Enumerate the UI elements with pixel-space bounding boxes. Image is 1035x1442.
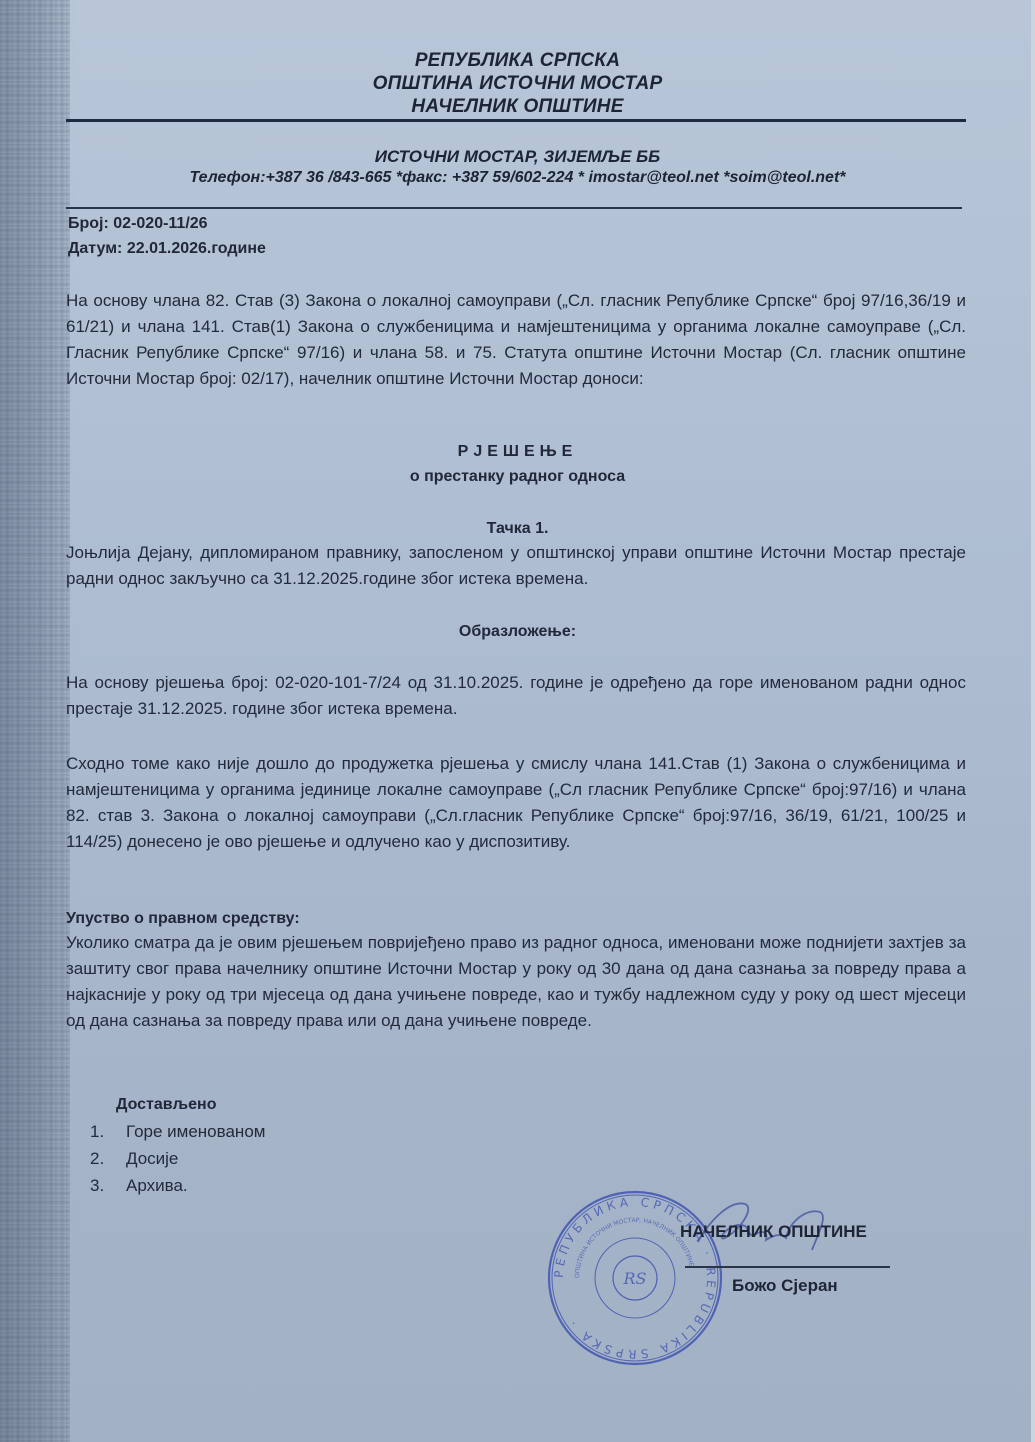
list-item: 1.Горе именованом — [90, 1118, 265, 1145]
list-item: 3.Архива. — [90, 1172, 265, 1199]
header-republic: РЕПУБЛИКА СРПСКА — [0, 50, 1035, 72]
signatory-name: Божо Сјеран — [732, 1276, 838, 1296]
header-divider — [66, 119, 966, 122]
intro-paragraph: На основу члана 82. Став (3) Закона о ло… — [66, 288, 966, 392]
document-number: Број: 02-020-11/26 — [68, 215, 208, 233]
scan-edge-artifact — [0, 0, 70, 1442]
decision-title: РЈЕШЕЊЕ — [0, 443, 1035, 461]
header-municipality: ОПШТИНА ИСТОЧНИ МОСТАР — [0, 73, 1035, 95]
delivered-list: 1.Горе именованом 2.Досије 3.Архива. — [90, 1118, 265, 1199]
reasoning-title: Образложење: — [0, 623, 1035, 641]
reasoning-paragraph-2: Сходно томе како није дошло до продужетк… — [66, 751, 966, 855]
signature-line — [685, 1266, 890, 1268]
contact-divider — [66, 207, 962, 209]
header-contact: Телефон:+387 36 /843-665 *факс: +387 59/… — [0, 169, 1035, 187]
point-text: Јоњлија Дејану, дипломираном правнику, з… — [66, 540, 966, 592]
list-item: 2.Досије — [90, 1145, 265, 1172]
paper-right-edge — [1031, 0, 1035, 1442]
signatory-title: НАЧЕЛНИК ОПШТИНЕ — [680, 1222, 867, 1242]
reasoning-paragraph-1: На основу рјешења број: 02-020-101-7/24 … — [66, 670, 966, 722]
legal-remedy-title: Упуство о правном средству: — [66, 910, 300, 928]
delivered-title: Достављено — [116, 1096, 216, 1114]
header-mayor: НАЧЕЛНИК ОПШТИНЕ — [0, 96, 1035, 118]
svg-text:RS: RS — [622, 1269, 646, 1288]
legal-remedy-text: Уколико сматра да је овим рјешењем поври… — [66, 930, 966, 1034]
point-title: Тачка 1. — [0, 520, 1035, 538]
decision-subtitle: о престанку радног односа — [0, 468, 1035, 486]
header-address: ИСТОЧНИ МОСТАР, ЗИЈЕМЉЕ ББ — [0, 147, 1035, 167]
document-date: Датум: 22.01.2026.године — [68, 240, 266, 258]
